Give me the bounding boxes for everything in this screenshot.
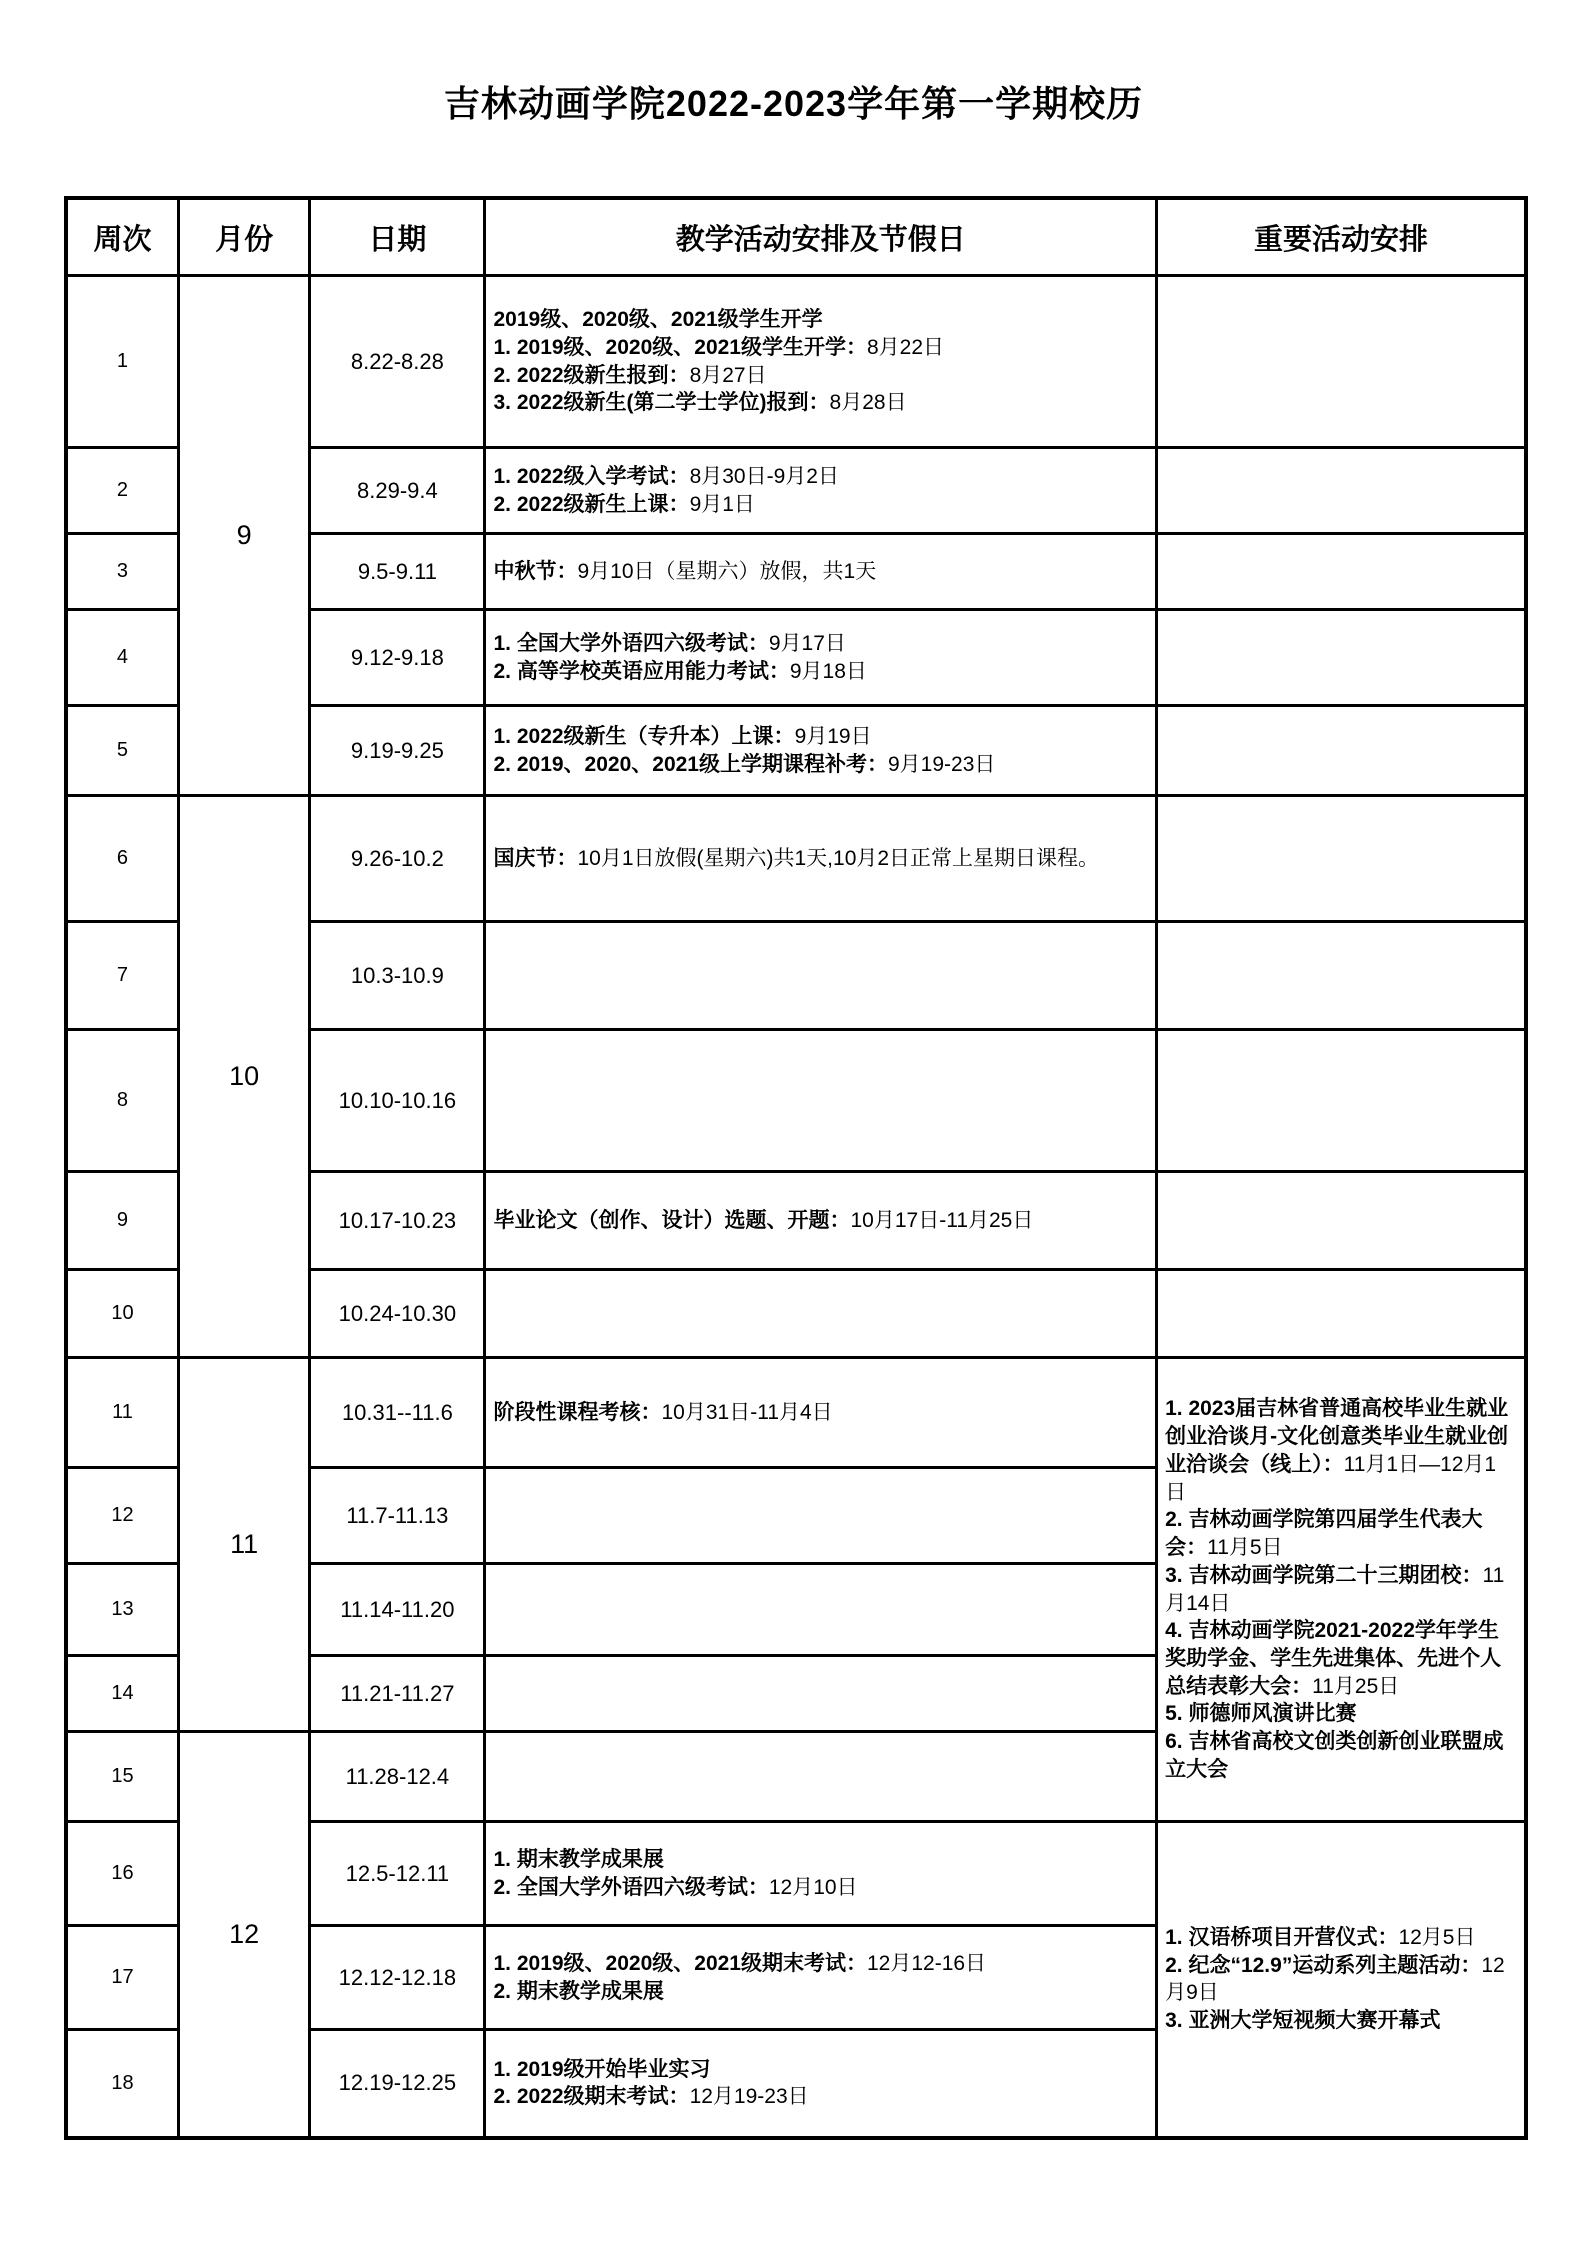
teaching-activities-cell: 1. 2022级新生（专升本）上课：9月19日2. 2019、2020、2021… [485,706,1157,796]
bold-text-segment: 2. 2022级期末考试： [493,2085,689,2108]
date-range-cell: 11.14-11.20 [310,1564,485,1656]
date-range-cell: 9.5-9.11 [310,534,485,610]
week-number-cell: 15 [66,1732,178,1822]
text-line: 4. 吉林动画学院2021-2022学年学生奖助学金、学生先进集体、先进个人总结… [1165,1617,1517,1700]
bold-text-segment: 国庆节： [493,847,577,870]
date-range-cell: 9.19-9.25 [310,706,485,796]
bold-text-segment: 1. 2019级开始毕业实习 [493,2058,710,2081]
calendar-page: 吉林动画学院2022-2023学年第一学期校历 周次月份日期教学活动安排及节假日… [0,0,1587,2244]
week-number-cell: 11 [66,1358,178,1468]
teaching-activities-cell [485,1732,1157,1822]
important-activities-empty-cell [1157,276,1526,448]
important-activities-empty-cell [1157,706,1526,796]
header-row: 周次月份日期教学活动安排及节假日重要活动安排 [66,198,1526,276]
teaching-activities-cell: 1. 全国大学外语四六级考试：9月17日2. 高等学校英语应用能力考试：9月18… [485,610,1157,706]
text-line: 1. 2023届吉林省普通高校毕业生就业创业洽谈月-文化创意类毕业生就业创业洽谈… [1165,1395,1517,1506]
text-segment: 9月1日 [690,493,755,516]
bold-text-segment: 1. 2022级入学考试： [493,465,689,488]
text-line: 毕业论文（创作、设计）选题、开题：10月17日-11月25日 [493,1207,1148,1235]
text-line: 1. 2022级新生（专升本）上课：9月19日 [493,723,1148,751]
bold-text-segment: 1. 汉语桥项目开营仪式： [1165,1926,1398,1949]
text-line: 6. 吉林省高校文创类创新创业联盟成立大会 [1165,1728,1517,1783]
date-range-cell: 12.5-12.11 [310,1822,485,1926]
week-number-cell: 2 [66,448,178,534]
teaching-activities-cell: 中秋节：9月10日（星期六）放假，共1天 [485,534,1157,610]
calendar-table: 周次月份日期教学活动安排及节假日重要活动安排198.22-8.282019级、2… [64,196,1528,2140]
table-head: 周次月份日期教学活动安排及节假日重要活动安排 [66,198,1526,276]
date-range-cell: 12.12-12.18 [310,1926,485,2030]
date-range-cell: 11.21-11.27 [310,1656,485,1732]
text-line: 5. 师德师风演讲比赛 [1165,1700,1517,1728]
text-line: 2. 纪念“12.9”运动系列主题活动：12月9日 [1165,1952,1517,2007]
text-line: 2. 2022级新生上课：9月1日 [493,491,1148,519]
text-line: 1. 全国大学外语四六级考试：9月17日 [493,630,1148,658]
week-number-cell: 6 [66,796,178,922]
date-range-cell: 10.17-10.23 [310,1172,485,1270]
bold-text-segment: 毕业论文（创作、设计）选题、开题： [493,1209,850,1232]
important-activities-empty-cell [1157,1030,1526,1172]
date-range-cell: 10.3-10.9 [310,922,485,1030]
month-cell-10: 10 [178,796,309,1358]
week-number-cell: 17 [66,1926,178,2030]
bold-text-segment: 阶段性课程考核： [493,1401,661,1424]
column-header-3: 日期 [310,198,485,276]
text-segment: 11月5日 [1207,1536,1282,1559]
month-cell-11: 11 [178,1358,309,1732]
bold-text-segment: 中秋节： [493,560,577,583]
date-range-cell: 11.28-12.4 [310,1732,485,1822]
important-activities-empty-cell [1157,534,1526,610]
important-activities-empty-cell [1157,796,1526,922]
week-number-cell: 3 [66,534,178,610]
date-range-cell: 12.19-12.25 [310,2030,485,2138]
bold-text-segment: 3. 亚洲大学短视频大赛开幕式 [1165,2009,1440,2032]
date-range-cell: 11.7-11.13 [310,1468,485,1564]
important-activities-empty-cell [1157,1270,1526,1358]
week-number-cell: 16 [66,1822,178,1926]
bold-text-segment: 3. 2022级新生(第二学士学位)报到： [493,391,829,414]
text-line: 1. 2019级、2020级、2021级学生开学：8月22日 [493,334,1148,362]
text-segment: 12月12-16日 [867,1952,986,1975]
date-range-cell: 10.10-10.16 [310,1030,485,1172]
text-line: 2. 全国大学外语四六级考试：12月10日 [493,1874,1148,1902]
week-number-cell: 13 [66,1564,178,1656]
important-activities-empty-cell [1157,922,1526,1030]
column-header-4: 教学活动安排及节假日 [485,198,1157,276]
week-number-cell: 12 [66,1468,178,1564]
bold-text-segment: 1. 2022级新生（专升本）上课： [493,725,794,748]
bold-text-segment: 2. 期末教学成果展 [493,1980,663,2003]
bold-text-segment: 2. 2022级新生报到： [493,364,689,387]
teaching-activities-cell [485,922,1157,1030]
bold-text-segment: 5. 师德师风演讲比赛 [1165,1702,1356,1725]
bold-text-segment: 2019级、2020级、2021级学生开学 [493,308,822,331]
week-number-cell: 4 [66,610,178,706]
bold-text-segment: 2. 高等学校英语应用能力考试： [493,660,789,683]
text-segment: 9月19-23日 [888,753,995,776]
page-title: 吉林动画学院2022-2023学年第一学期校历 [0,76,1587,127]
text-line: 1. 2019级开始毕业实习 [493,2056,1148,2084]
teaching-activities-cell: 1. 2022级入学考试：8月30日-9月2日2. 2022级新生上课：9月1日 [485,448,1157,534]
important-activities-empty-cell [1157,1172,1526,1270]
bold-text-segment: 1. 2019级、2020级、2021级学生开学： [493,336,867,359]
column-header-2: 月份 [178,198,309,276]
column-header-5: 重要活动安排 [1157,198,1526,276]
text-line: 3. 吉林动画学院第二十三期团校：11月14日 [1165,1562,1517,1617]
week-number-cell: 1 [66,276,178,448]
text-line: 1. 2022级入学考试：8月30日-9月2日 [493,463,1148,491]
week-row-6: 6109.26-10.2国庆节：10月1日放假(星期六)共1天,10月2日正常上… [66,796,1526,922]
bold-text-segment: 2. 2019、2020、2021级上学期课程补考： [493,753,888,776]
teaching-activities-cell: 1. 期末教学成果展2. 全国大学外语四六级考试：12月10日 [485,1822,1157,1926]
date-range-cell: 8.22-8.28 [310,276,485,448]
important-activities-empty-cell [1157,448,1526,534]
teaching-activities-cell [485,1656,1157,1732]
text-line: 2. 2022级期末考试：12月19-23日 [493,2083,1148,2111]
bold-text-segment: 1. 2019级、2020级、2021级期末考试： [493,1952,867,1975]
text-line: 3. 亚洲大学短视频大赛开幕式 [1165,2007,1517,2035]
text-segment: 9月18日 [790,660,867,683]
teaching-activities-cell [485,1030,1157,1172]
bold-text-segment: 2. 纪念“12.9”运动系列主题活动： [1165,1954,1481,1977]
text-line: 2. 高等学校英语应用能力考试：9月18日 [493,658,1148,686]
teaching-activities-cell: 1. 2019级、2020级、2021级期末考试：12月12-16日2. 期末教… [485,1926,1157,2030]
text-line: 1. 2019级、2020级、2021级期末考试：12月12-16日 [493,1950,1148,1978]
text-line: 阶段性课程考核：10月31日-11月4日 [493,1399,1148,1427]
date-range-cell: 9.12-9.18 [310,610,485,706]
text-line: 国庆节：10月1日放假(星期六)共1天,10月2日正常上星期日课程。 [493,845,1148,873]
text-segment: 8月27日 [690,364,767,387]
text-line: 2019级、2020级、2021级学生开学 [493,306,1148,334]
week-row-1: 198.22-8.282019级、2020级、2021级学生开学1. 2019级… [66,276,1526,448]
week-number-cell: 8 [66,1030,178,1172]
text-line: 2. 2019、2020、2021级上学期课程补考：9月19-23日 [493,751,1148,779]
important-activities-cell: 1. 2023届吉林省普通高校毕业生就业创业洽谈月-文化创意类毕业生就业创业洽谈… [1157,1358,1526,1822]
week-number-cell: 10 [66,1270,178,1358]
month-cell-12: 12 [178,1732,309,2138]
text-segment: 12月10日 [769,1876,858,1899]
bold-text-segment: 2. 全国大学外语四六级考试： [493,1876,768,1899]
teaching-activities-cell: 1. 2019级开始毕业实习2. 2022级期末考试：12月19-23日 [485,2030,1157,2138]
text-line: 2. 吉林动画学院第四届学生代表大会：11月5日 [1165,1506,1517,1561]
week-number-cell: 9 [66,1172,178,1270]
teaching-activities-cell: 国庆节：10月1日放假(星期六)共1天,10月2日正常上星期日课程。 [485,796,1157,922]
teaching-activities-cell [485,1468,1157,1564]
week-number-cell: 18 [66,2030,178,2138]
week-number-cell: 7 [66,922,178,1030]
important-activities-empty-cell [1157,610,1526,706]
month-cell-9: 9 [178,276,309,796]
bold-text-segment: 3. 吉林动画学院第二十三期团校： [1165,1564,1482,1587]
teaching-activities-cell: 2019级、2020级、2021级学生开学1. 2019级、2020级、2021… [485,276,1157,448]
text-segment: 8月30日-9月2日 [690,465,839,488]
week-number-cell: 5 [66,706,178,796]
important-activities-cell: 1. 汉语桥项目开营仪式：12月5日2. 纪念“12.9”运动系列主题活动：12… [1157,1822,1526,2138]
bold-text-segment: 1. 期末教学成果展 [493,1848,663,1871]
text-line: 中秋节：9月10日（星期六）放假，共1天 [493,558,1148,586]
text-segment: 11月25日 [1312,1675,1399,1698]
teaching-activities-cell [485,1270,1157,1358]
teaching-activities-cell: 阶段性课程考核：10月31日-11月4日 [485,1358,1157,1468]
week-number-cell: 14 [66,1656,178,1732]
text-segment: 8月28日 [830,391,907,414]
column-header-1: 周次 [66,198,178,276]
bold-text-segment: 1. 全国大学外语四六级考试： [493,632,768,655]
date-range-cell: 9.26-10.2 [310,796,485,922]
bold-text-segment: 2. 2022级新生上课： [493,493,689,516]
text-segment: 12月5日 [1398,1926,1475,1949]
teaching-activities-cell [485,1564,1157,1656]
text-segment: 10月1日放假(星期六)共1天,10月2日正常上星期日课程。 [577,847,1099,870]
text-segment: 9月10日（星期六）放假，共1天 [577,560,876,583]
week-row-11: 111110.31--11.6阶段性课程考核：10月31日-11月4日1. 20… [66,1358,1526,1468]
text-line: 2. 2022级新生报到：8月27日 [493,362,1148,390]
text-line: 2. 期末教学成果展 [493,1978,1148,2006]
text-line: 1. 期末教学成果展 [493,1846,1148,1874]
bold-text-segment: 6. 吉林省高校文创类创新创业联盟成立大会 [1165,1730,1503,1781]
text-segment: 9月19日 [795,725,872,748]
date-range-cell: 8.29-9.4 [310,448,485,534]
text-segment: 12月19-23日 [690,2085,809,2108]
text-line: 1. 汉语桥项目开营仪式：12月5日 [1165,1924,1517,1952]
date-range-cell: 10.24-10.30 [310,1270,485,1358]
text-line: 3. 2022级新生(第二学士学位)报到：8月28日 [493,389,1148,417]
text-segment: 8月22日 [867,336,944,359]
text-segment: 10月17日-11月25日 [850,1209,1033,1232]
table-body: 198.22-8.282019级、2020级、2021级学生开学1. 2019级… [66,276,1526,2138]
teaching-activities-cell: 毕业论文（创作、设计）选题、开题：10月17日-11月25日 [485,1172,1157,1270]
date-range-cell: 10.31--11.6 [310,1358,485,1468]
text-segment: 10月31日-11月4日 [661,1401,832,1424]
text-segment: 9月17日 [769,632,846,655]
